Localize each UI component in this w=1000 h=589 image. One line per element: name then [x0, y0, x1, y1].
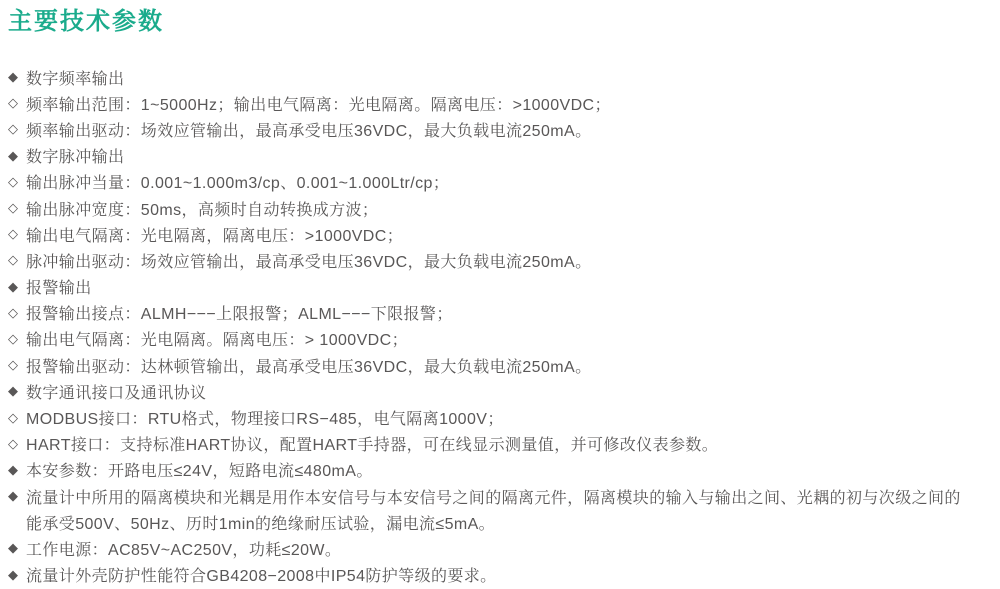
parameter-row: ◇ 频率输出驱动：场效应管输出，最高承受电压36VDC，最大负载电流250mA。 — [8, 116, 1000, 142]
parameter-row: ◇ 输出电气隔离：光电隔离。隔离电压：> 1000VDC； — [8, 326, 1000, 352]
parameter-text: 报警输出 — [26, 275, 92, 298]
parameter-row: ◇ 输出脉冲当量：0.001~1.000m3/cp、0.001~1.000Ltr… — [8, 169, 1000, 195]
parameter-text: 数字脉冲输出 — [26, 144, 124, 167]
page-title: 主要技术参数 — [8, 8, 1000, 36]
parameter-row: ◇ 报警输出驱动：达林顿管输出，最高承受电压36VDC，最大负载电流250mA。 — [8, 352, 1000, 378]
parameter-text: 频率输出驱动：场效应管输出，最高承受电压36VDC，最大负载电流250mA。 — [26, 118, 591, 141]
parameter-row: ◇ HART接口：支持标准HART协议，配置HART手持器，可在线显示测量值，并… — [8, 431, 1000, 457]
parameter-text: 报警输出驱动：达林顿管输出，最高承受电压36VDC，最大负载电流250mA。 — [26, 354, 591, 377]
item-diamond-hollow-icon: ◇ — [8, 200, 26, 216]
parameter-text: 输出脉冲当量：0.001~1.000m3/cp、0.001~1.000Ltr/c… — [26, 170, 449, 193]
parameter-row: ◇ MODBUS接口：RTU格式，物理接口RS−485，电气隔离1000V； — [8, 404, 1000, 430]
parameter-row: ◆ 流量计中所用的隔离模块和光耦是用作本安信号与本安信号之间的隔离元件，隔离模块… — [8, 483, 1000, 509]
section-diamond-filled-icon: ◆ — [8, 488, 26, 504]
item-diamond-hollow-icon: ◇ — [8, 305, 26, 321]
parameter-text: 能承受500V、50Hz、历时1min的绝缘耐压试验，漏电流≤5mA。 — [26, 511, 495, 534]
section-diamond-filled-icon: ◆ — [8, 279, 26, 295]
parameter-text: 流量计外壳防护性能符合GB4208−2008中IP54防护等级的要求。 — [26, 563, 497, 586]
parameter-text: 脉冲输出驱动：场效应管输出，最高承受电压36VDC，最大负载电流250mA。 — [26, 249, 591, 272]
parameter-text: 本安参数：开路电压≤24V，短路电流≤480mA。 — [26, 458, 373, 481]
item-diamond-hollow-icon: ◇ — [8, 331, 26, 347]
parameter-row: ◇ 输出脉冲宽度：50ms，高频时自动转换成方波； — [8, 195, 1000, 221]
item-diamond-hollow-icon: ◇ — [8, 95, 26, 111]
parameter-row: ◇ 频率输出范围：1~5000Hz；输出电气隔离：光电隔离。隔离电压：>1000… — [8, 90, 1000, 116]
section-diamond-filled-icon: ◆ — [8, 69, 26, 85]
document-page: 主要技术参数 ◆ 数字频率输出 ◇ 频率输出范围：1~5000Hz；输出电气隔离… — [0, 0, 1000, 589]
item-diamond-hollow-icon: ◇ — [8, 121, 26, 137]
parameter-row: ◆ 数字脉冲输出 — [8, 143, 1000, 169]
item-diamond-hollow-icon: ◇ — [8, 174, 26, 190]
item-diamond-hollow-icon: ◇ — [8, 410, 26, 426]
parameter-text: 工作电源：AC85V~AC250V，功耗≤20W。 — [26, 537, 341, 560]
parameter-text: 频率输出范围：1~5000Hz；输出电气隔离：光电隔离。隔离电压：>1000VD… — [26, 92, 611, 115]
parameter-row: ◆ 本安参数：开路电压≤24V，短路电流≤480mA。 — [8, 457, 1000, 483]
parameter-row: ◆ 数字频率输出 — [8, 64, 1000, 90]
item-diamond-hollow-icon: ◇ — [8, 252, 26, 268]
parameter-text: 输出电气隔离：光电隔离，隔离电压：>1000VDC； — [26, 223, 403, 246]
section-diamond-filled-icon: ◆ — [8, 462, 26, 478]
parameter-text: 数字通讯接口及通讯协议 — [26, 380, 206, 403]
parameter-row: 能承受500V、50Hz、历时1min的绝缘耐压试验，漏电流≤5mA。 — [8, 509, 1000, 535]
section-diamond-filled-icon: ◆ — [8, 148, 26, 164]
parameter-text: 输出电气隔离：光电隔离。隔离电压：> 1000VDC； — [26, 327, 408, 350]
item-diamond-hollow-icon: ◇ — [8, 357, 26, 373]
parameter-row: ◆ 报警输出 — [8, 274, 1000, 300]
parameter-list: ◆ 数字频率输出 ◇ 频率输出范围：1~5000Hz；输出电气隔离：光电隔离。隔… — [8, 64, 1000, 588]
parameter-text: 输出脉冲宽度：50ms，高频时自动转换成方波； — [26, 197, 378, 220]
item-diamond-hollow-icon: ◇ — [8, 436, 26, 452]
parameter-row: ◇ 输出电气隔离：光电隔离，隔离电压：>1000VDC； — [8, 221, 1000, 247]
parameter-text: 报警输出接点：ALMH−−−上限报警；ALML−−−下限报警； — [26, 301, 453, 324]
item-diamond-hollow-icon: ◇ — [8, 226, 26, 242]
parameter-text: HART接口：支持标准HART协议，配置HART手持器，可在线显示测量值，并可修… — [26, 432, 718, 455]
section-diamond-filled-icon: ◆ — [8, 567, 26, 583]
parameter-text: 数字频率输出 — [26, 66, 124, 89]
parameter-row: ◇ 脉冲输出驱动：场效应管输出，最高承受电压36VDC，最大负载电流250mA。 — [8, 247, 1000, 273]
parameter-row: ◆ 流量计外壳防护性能符合GB4208−2008中IP54防护等级的要求。 — [8, 562, 1000, 588]
parameter-row: ◇ 报警输出接点：ALMH−−−上限报警；ALML−−−下限报警； — [8, 300, 1000, 326]
parameter-row: ◆ 数字通讯接口及通讯协议 — [8, 378, 1000, 404]
parameter-text: MODBUS接口：RTU格式，物理接口RS−485，电气隔离1000V； — [26, 406, 504, 429]
parameter-text: 流量计中所用的隔离模块和光耦是用作本安信号与本安信号之间的隔离元件，隔离模块的输… — [26, 485, 961, 508]
section-diamond-filled-icon: ◆ — [8, 383, 26, 399]
parameter-row: ◆ 工作电源：AC85V~AC250V，功耗≤20W。 — [8, 535, 1000, 561]
section-diamond-filled-icon: ◆ — [8, 540, 26, 556]
